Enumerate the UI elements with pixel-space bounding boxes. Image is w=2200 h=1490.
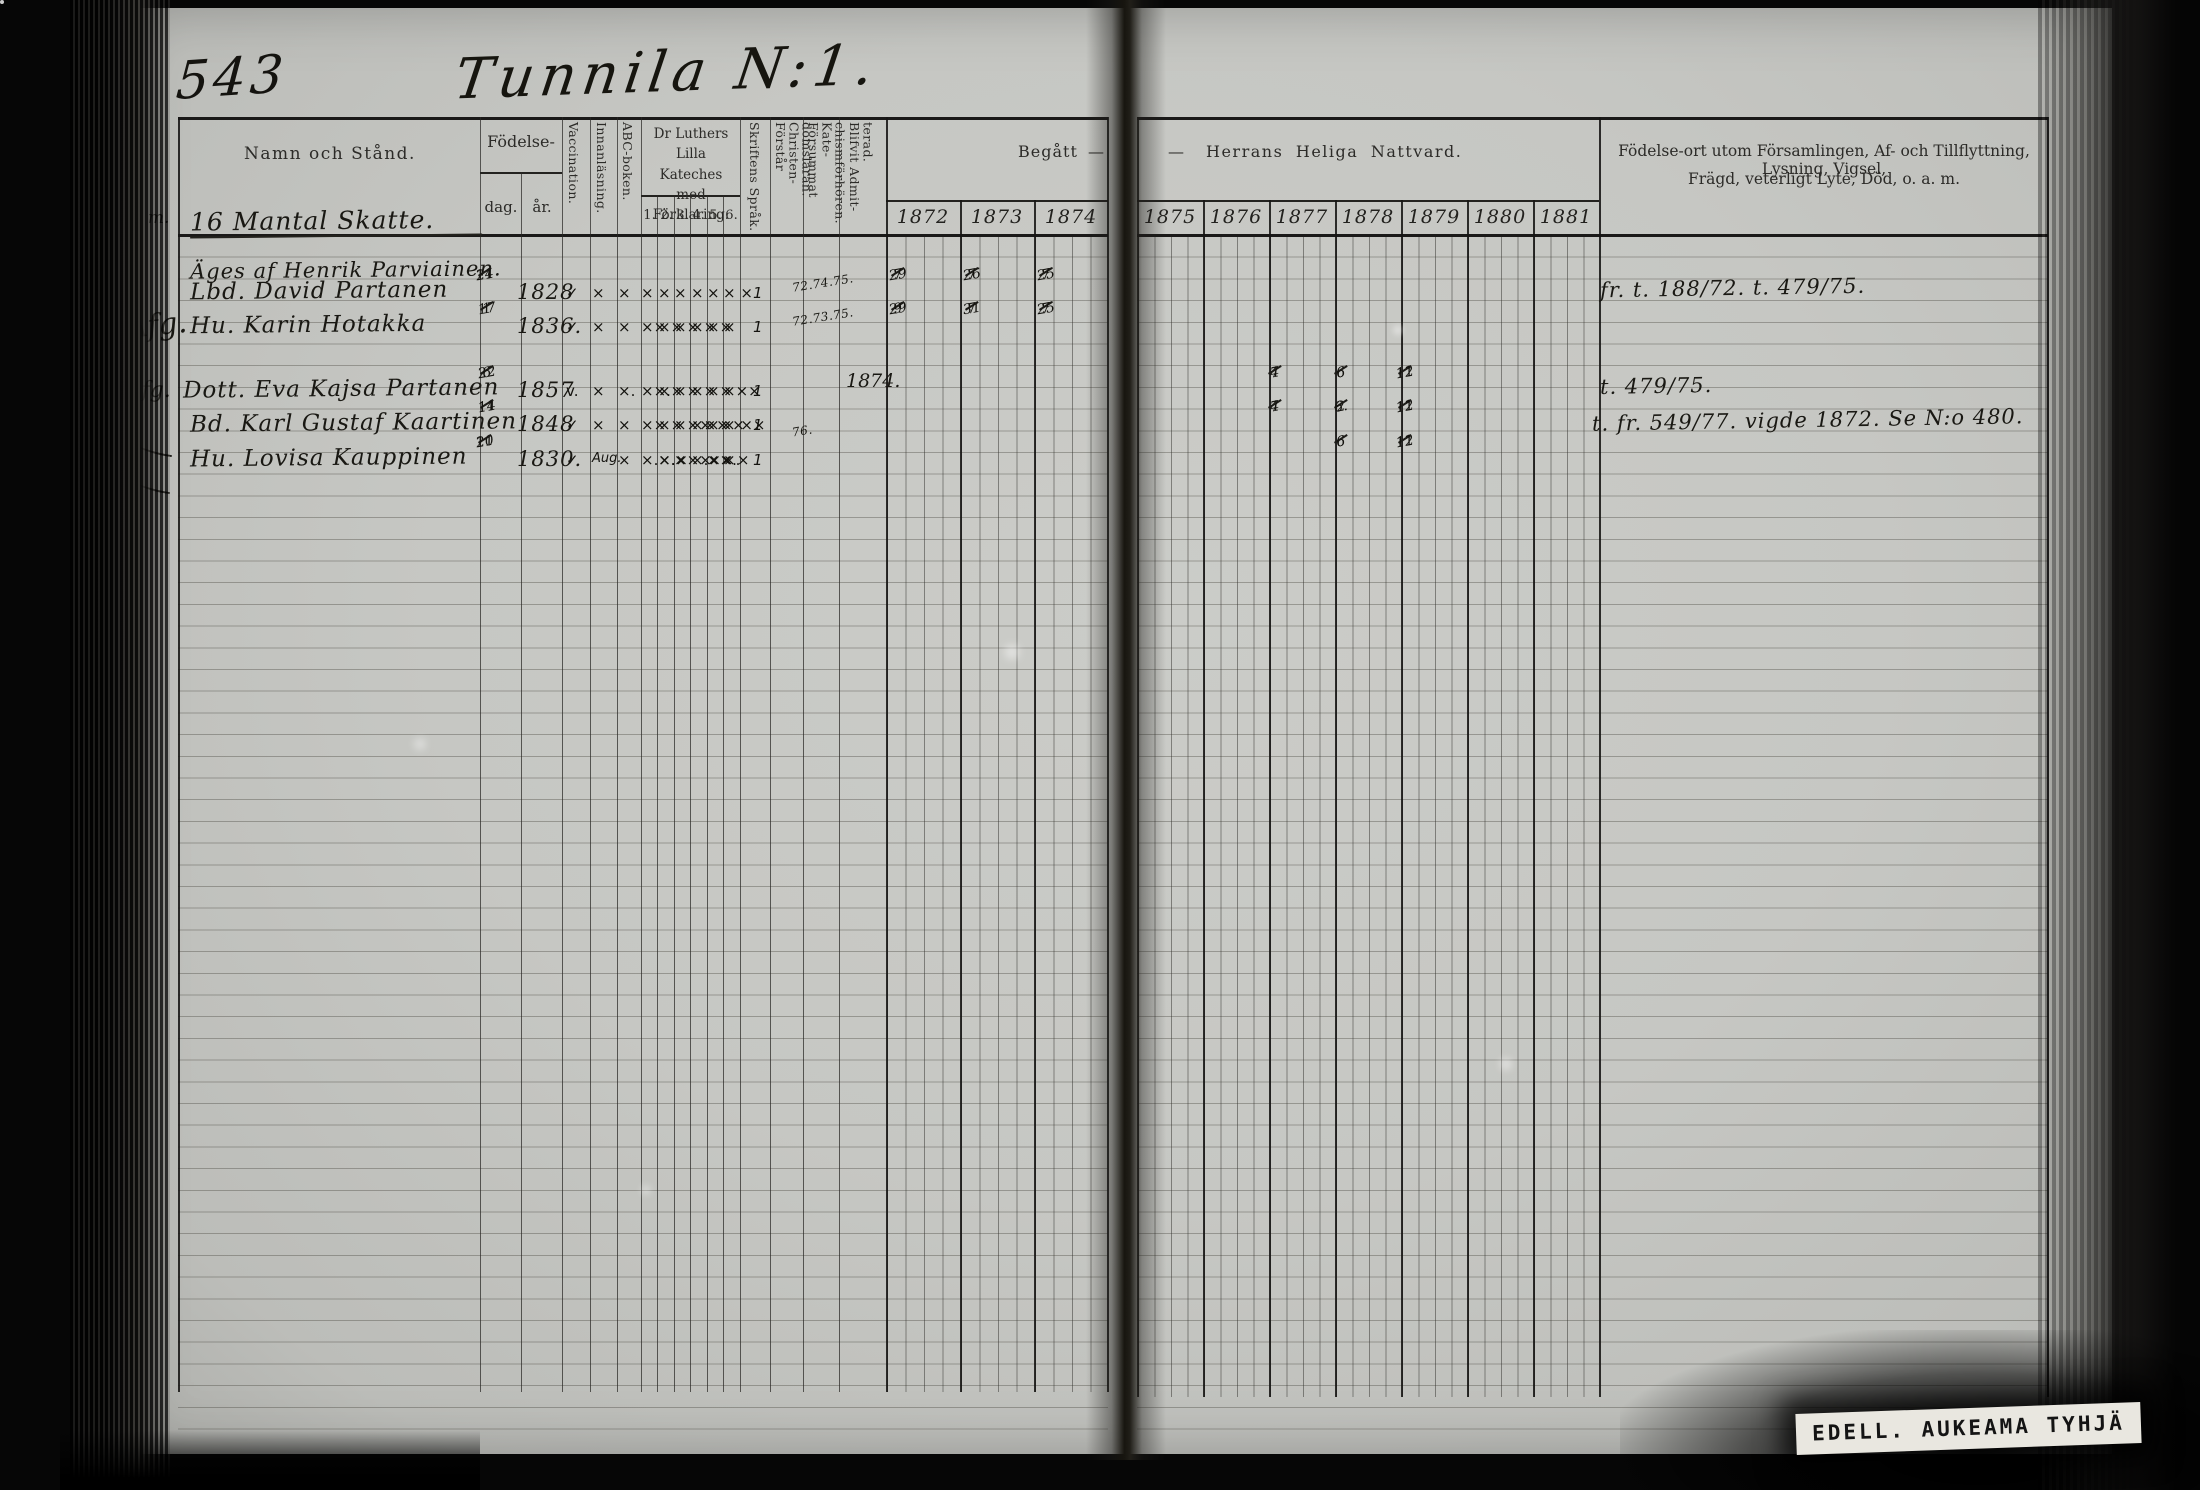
scripture-mark: 1 xyxy=(753,416,763,434)
vaccination-mark: ✓ xyxy=(566,451,579,469)
book-edge-left xyxy=(70,0,170,1490)
vaccination-mark: ✓ xyxy=(566,284,579,302)
catechism-mark: × xyxy=(641,284,654,302)
scripture-mark: 1 xyxy=(753,318,763,336)
person-name: Lbd. David Partanen xyxy=(190,277,448,306)
scripture-mark: 1 xyxy=(753,382,763,400)
abc-mark: × xyxy=(618,284,631,302)
missed-years: 76. xyxy=(791,422,814,439)
col-border xyxy=(690,195,691,1392)
admitted-year: 1874. xyxy=(846,370,900,392)
scripture-mark: 1 xyxy=(753,284,763,302)
reading-mark: × xyxy=(592,318,605,336)
table-top-border-left xyxy=(178,117,1108,120)
vaccination-mark: ✓ xyxy=(566,318,579,336)
header-birth: Födelse- xyxy=(480,132,562,151)
scanned-parish-register: Namn och Stånd. Födelse- dag. år. Vaccin… xyxy=(0,0,2200,1490)
catechism-mark: × xyxy=(707,284,720,302)
table-top-border-right xyxy=(1137,117,2048,120)
header-notes-line2: Frägd, veterligt Lyte, Död, o. a. m. xyxy=(1610,170,2038,188)
col-border xyxy=(707,195,708,1392)
catechism-mark: × xyxy=(658,284,671,302)
farm-name: 16 Mantal Skatte. xyxy=(190,204,482,238)
notes-entry: t. 479/75. xyxy=(1600,373,1713,399)
person-name: Hu. Karin Hotakka xyxy=(190,311,427,339)
reading-mark: × xyxy=(592,284,605,302)
person-name: Dott. Eva Kajsa Partanen xyxy=(183,374,500,403)
col-border xyxy=(674,195,675,1392)
book-edge-right xyxy=(2038,0,2200,1490)
header-name-col: Namn och Stånd. xyxy=(200,144,460,164)
catechism-mark: × xyxy=(723,318,736,336)
abc-mark: × xyxy=(618,318,631,336)
book-binding xyxy=(1086,0,1166,1460)
reading-mark: × xyxy=(592,382,605,400)
header-communion-left: Begått xyxy=(1018,142,1078,161)
catechism-mark: × xyxy=(674,284,687,302)
vaccination-mark: ✓ xyxy=(566,416,579,434)
abc-mark: ×. xyxy=(618,382,635,400)
page-number: 543 xyxy=(174,44,289,112)
catechism-mark: × xyxy=(691,284,704,302)
abc-mark: × xyxy=(618,416,631,434)
notes-entry: fr. t. 188/72. t. 479/75. xyxy=(1600,274,1866,303)
col-border xyxy=(657,195,658,1392)
catechism-mark: × × xyxy=(723,284,753,302)
person-name: Hu. Lovisa Kauppinen xyxy=(190,444,468,473)
vaccination-mark: v. xyxy=(566,382,578,400)
year-row-top-left xyxy=(886,200,1108,202)
dust-specks xyxy=(0,0,4,4)
col-border xyxy=(723,195,724,1392)
header-communion-right: Herrans Heliga Nattvard. xyxy=(1206,142,1462,161)
abc-mark: × xyxy=(618,451,631,469)
col-border xyxy=(521,172,522,1392)
scripture-mark: 1 xyxy=(753,451,763,469)
header-communion-dash-right: — xyxy=(1168,142,1184,161)
catechism-mark: ×. xyxy=(723,451,740,469)
bottom-left-shadow xyxy=(60,1430,480,1490)
year-row-top-right xyxy=(1137,200,1599,202)
reading-mark: × xyxy=(592,416,605,434)
person-name: Bd. Karl Gustaf Kaartinen xyxy=(190,408,517,437)
